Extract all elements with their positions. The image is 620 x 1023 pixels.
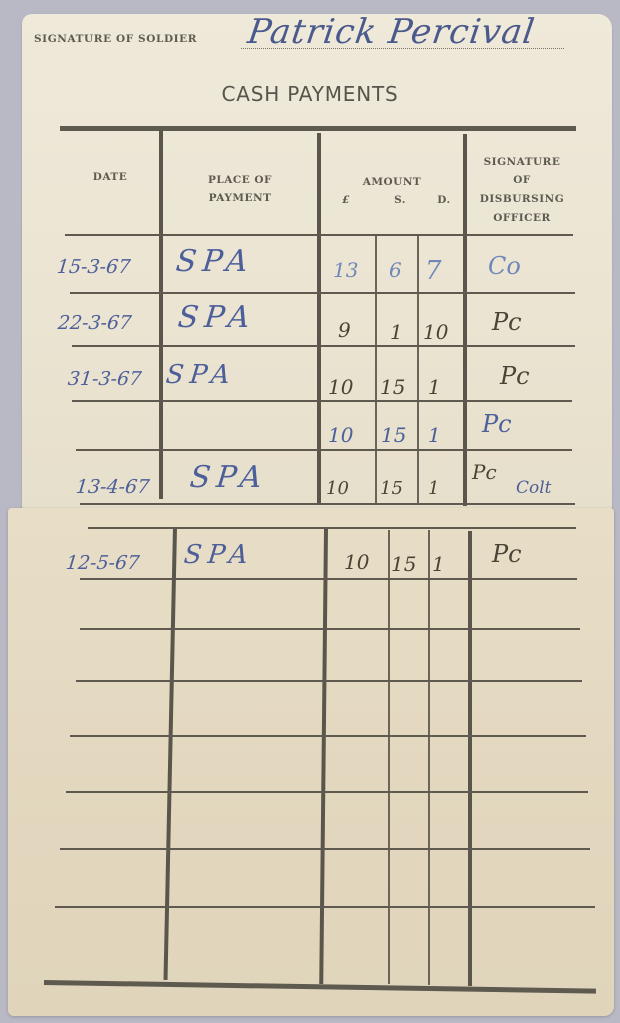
entry-date: 22-3-67 (57, 312, 133, 334)
entry-shillings: 15 (381, 423, 406, 447)
signature-label: SIGNATURE OF SOLDIER (34, 33, 197, 45)
entry-pounds: 10 (326, 478, 349, 499)
row-rule (80, 628, 580, 630)
entry-place: SPA (182, 540, 255, 570)
entry-place: SPA (174, 244, 255, 279)
entry-pence: 1 (428, 478, 439, 499)
entry-pounds: 10 (328, 423, 353, 447)
entry-shillings: 6 (389, 258, 402, 282)
entry-date: 13-4-67 (75, 476, 151, 498)
bottom-page (8, 508, 614, 1016)
header-pounds: £ (336, 191, 356, 209)
entry-shillings: 15 (380, 478, 403, 499)
column-divider (317, 133, 321, 503)
entry-date: 31-3-67 (67, 368, 143, 390)
entry-pence: 1 (432, 552, 445, 576)
entry-pence: 10 (423, 320, 448, 344)
header-officer-3: DISBURSING (468, 190, 576, 208)
row-rule (70, 735, 586, 737)
column-divider (428, 530, 430, 985)
entry-officer: Pc (482, 410, 512, 438)
row-rule (76, 680, 582, 682)
row-rule (65, 234, 573, 236)
column-divider (375, 236, 377, 504)
header-place-line1: PLACE OF (165, 171, 315, 189)
row-rule (55, 906, 595, 908)
entry-pounds: 10 (344, 550, 369, 574)
entry-shillings: 15 (380, 375, 405, 399)
header-date: DATE (70, 168, 150, 186)
header-amount: AMOUNT (322, 173, 462, 191)
entry-pence: 1 (428, 375, 441, 399)
header-place-line2: PAYMENT (165, 189, 315, 207)
header-officer-4: OFFICER (468, 209, 576, 227)
row-rule (88, 527, 576, 529)
column-divider (468, 531, 472, 986)
entry-shillings: 1 (390, 320, 403, 344)
row-rule (60, 848, 590, 850)
column-divider (417, 236, 419, 504)
column-divider (159, 131, 163, 499)
entry-pounds: 9 (338, 318, 351, 342)
page-title: CASH PAYMENTS (0, 82, 620, 106)
row-rule (80, 503, 575, 505)
header-officer-2: OF (468, 171, 576, 189)
column-divider (388, 530, 390, 984)
entry-officer: Co (488, 252, 521, 280)
table-top-rule (60, 126, 576, 131)
soldier-signature: Patrick Percival (245, 12, 537, 52)
entry-officer: Pc (492, 308, 522, 336)
entry-note: Colt (516, 478, 552, 498)
entry-place: SPA (188, 460, 269, 495)
entry-officer: Pc (472, 460, 497, 484)
row-rule (72, 345, 575, 347)
header-officer-1: SIGNATURE (468, 153, 576, 171)
entry-pounds: 10 (328, 375, 353, 399)
entry-officer: Pc (500, 362, 530, 390)
entry-shillings: 15 (391, 552, 416, 576)
row-rule (70, 292, 575, 294)
row-rule (76, 449, 572, 451)
entry-pounds: 13 (333, 258, 358, 282)
row-rule (80, 578, 577, 580)
entry-pence: 1 (428, 423, 441, 447)
entry-officer: Pc (492, 540, 522, 568)
entry-place: SPA (164, 360, 237, 390)
header-pence: D. (434, 191, 454, 209)
row-rule (72, 400, 572, 402)
entry-pence: 7 (425, 256, 442, 286)
entry-date: 15-3-67 (56, 256, 132, 278)
header-shillings: S. (390, 191, 410, 209)
entry-date: 12-5-67 (65, 552, 141, 574)
entry-place: SPA (176, 300, 257, 335)
row-rule (66, 791, 588, 793)
